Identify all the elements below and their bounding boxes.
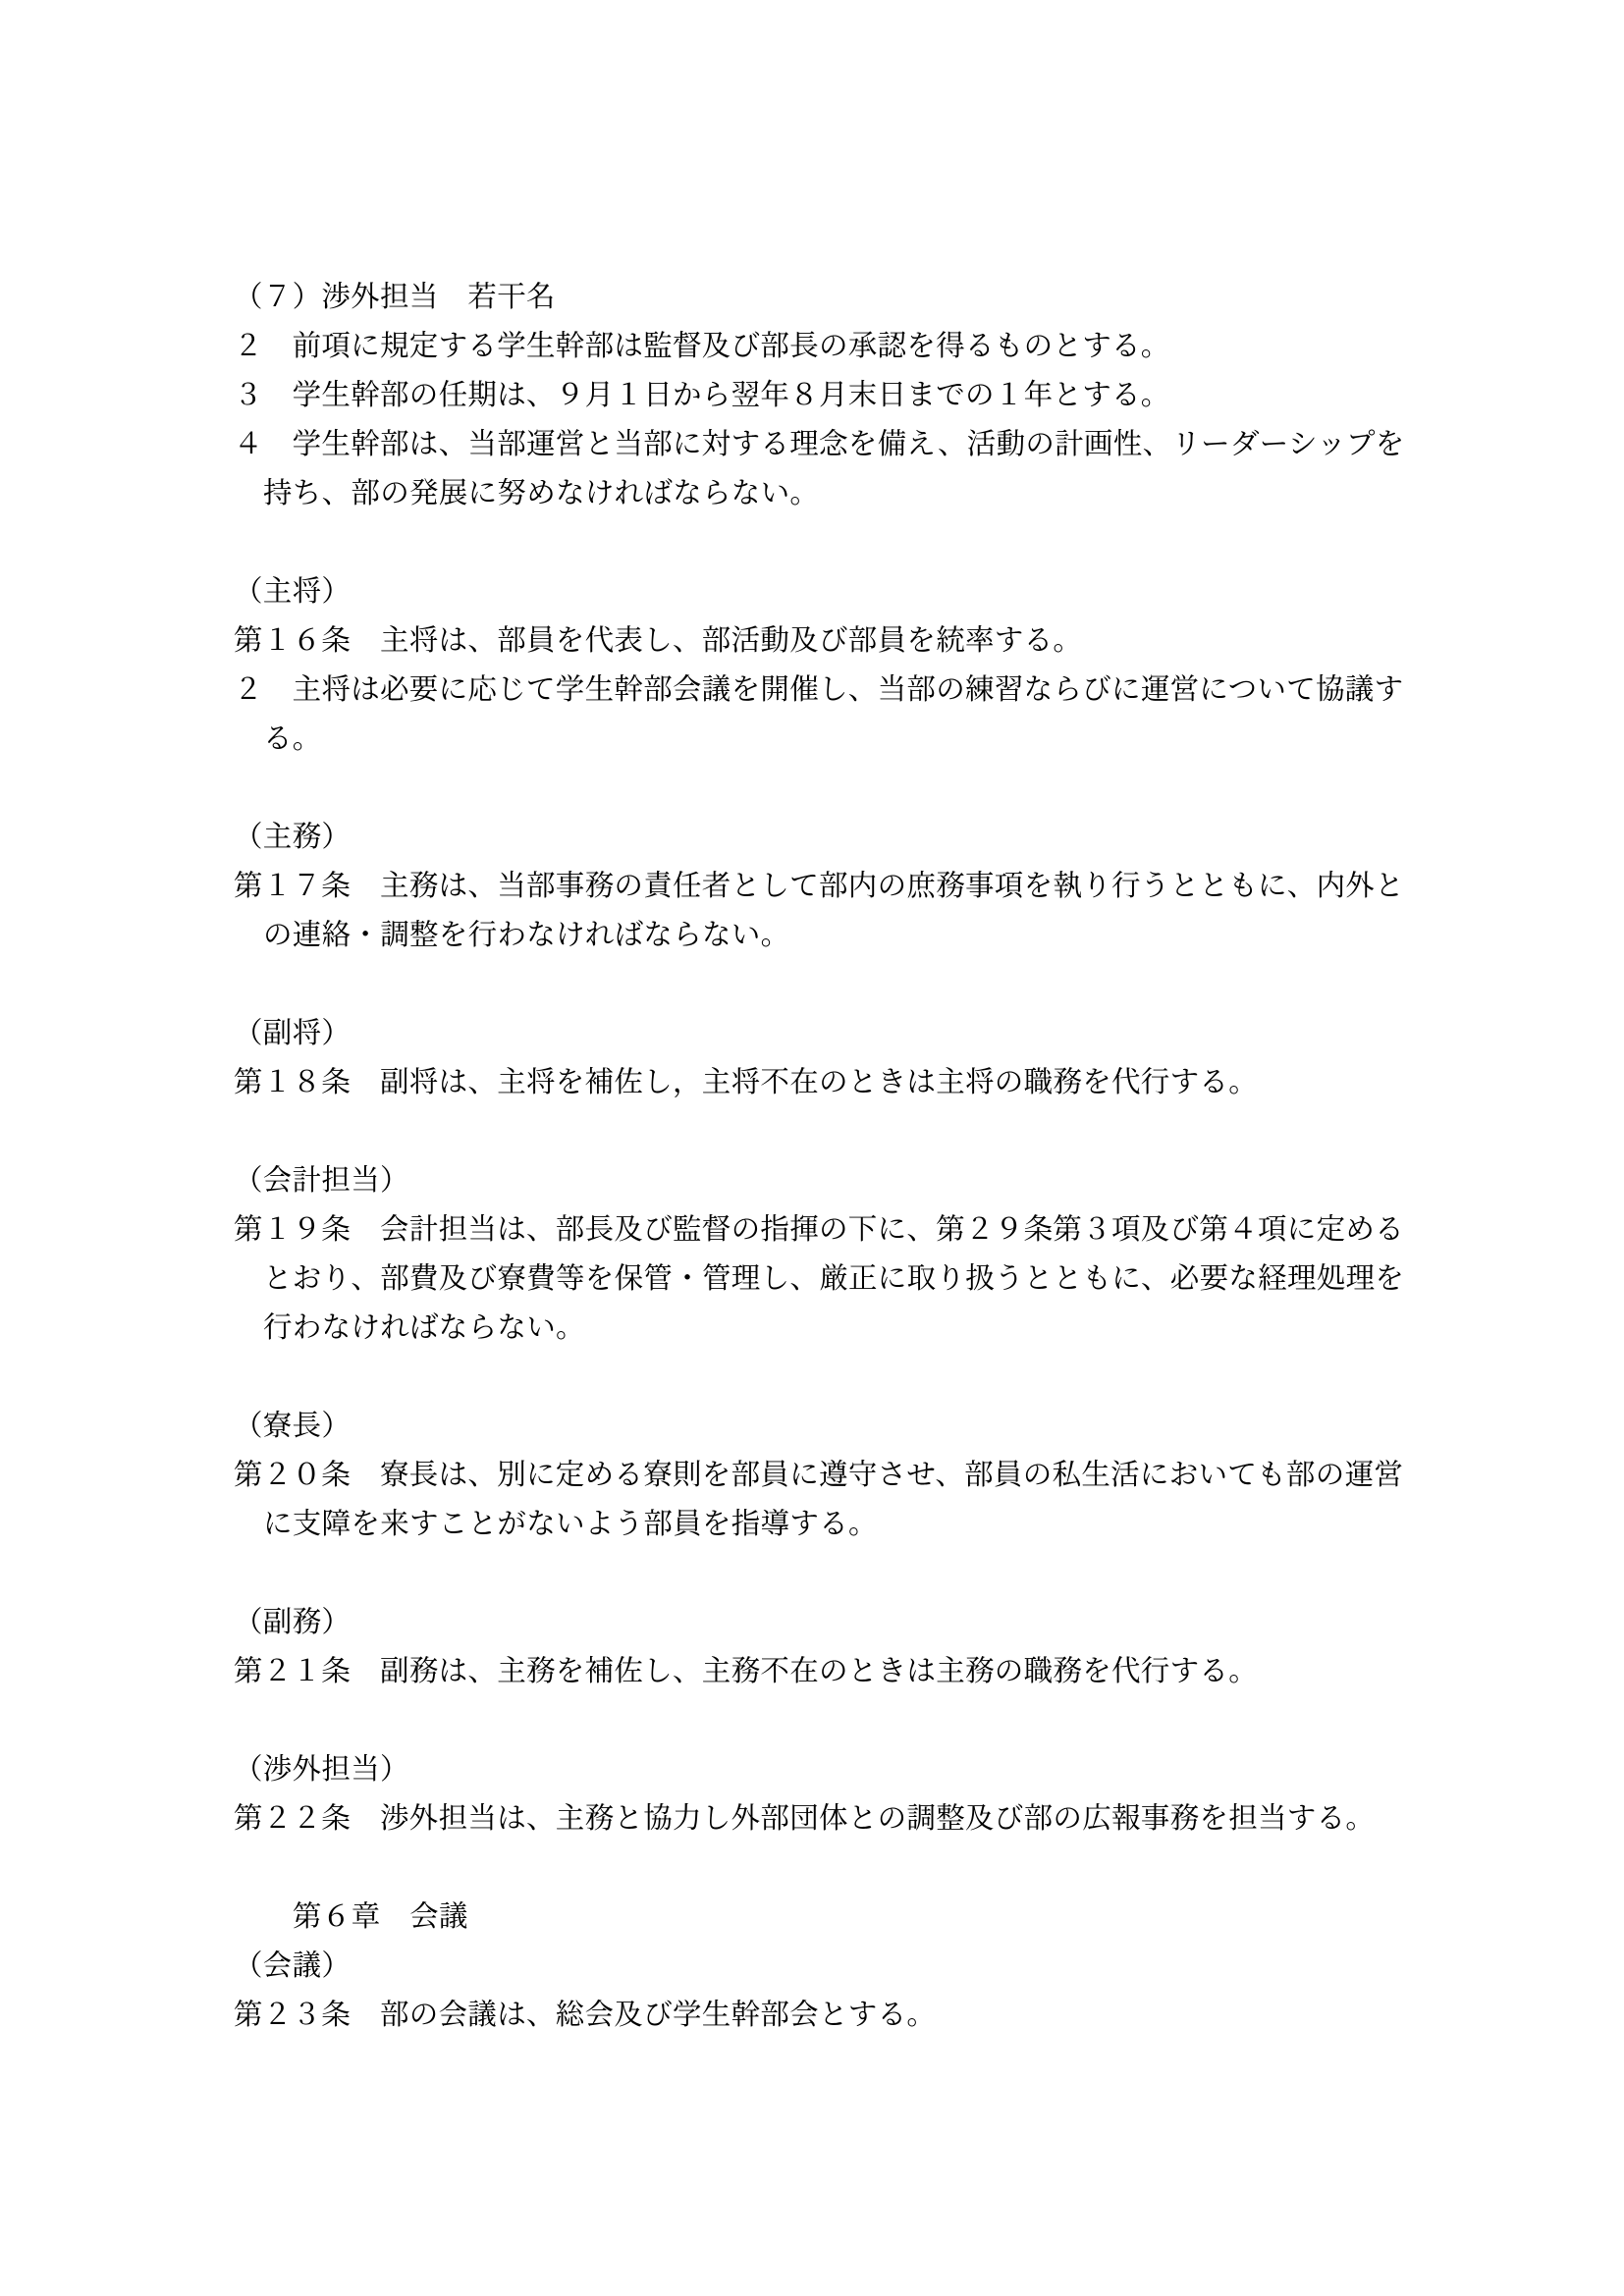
heading-assistant-manager: （副務） <box>234 1598 1432 1647</box>
section-dormitory-head: （寮長）第２０条 寮長は、別に定める寮則を部員に遵守させ、部員の私生活においても… <box>234 1402 1432 1549</box>
article-22: 第２２条 渉外担当は、主務と協力し外部団体との調整及び部の広報事務を担当する。 <box>234 1794 1432 1843</box>
section-chief-manager: （主務）第１７条 主務は、当部事務の責任者として部内の庶務事項を執り行うとともに… <box>234 813 1432 960</box>
section-assistant-manager: （副務）第２１条 副務は、主務を補佐し、主務不在のときは主務の職務を代行する。 <box>234 1598 1432 1696</box>
heading-accounting-officer: （会計担当） <box>234 1156 1432 1205</box>
clause-4: ４ 学生幹部は、当部運営と当部に対する理念を備え、活動の計画性、リーダーシップを <box>234 420 1432 469</box>
section-vice-captain: （副将）第１８条 副将は、主将を補佐し，主将不在のときは主将の職務を代行する。 <box>234 1009 1432 1107</box>
article-20-continuation: に支障を来すことがないよう部員を指導する。 <box>234 1500 1432 1549</box>
heading-external-liaison: （渉外担当） <box>234 1745 1432 1794</box>
section-chapter-6-meetings: 第６章 会議（会議）第２３条 部の会議は、総会及び学生幹部会とする。 <box>234 1893 1432 2040</box>
article-20: 第２０条 寮長は、別に定める寮則を部員に遵守させ、部員の私生活においても部の運営 <box>234 1451 1432 1500</box>
clause-2: ２ 前項に規定する学生幹部は監督及び部長の承認を得るものとする。 <box>234 322 1432 371</box>
article-19-continuation-2: 行わなければならない。 <box>234 1304 1432 1353</box>
chapter-6-heading: 第６章 会議 <box>234 1893 1432 1942</box>
article-19-continuation-1: とおり、部費及び寮費等を保管・管理し、厳正に取り扱うとともに、必要な経理処理を <box>234 1255 1432 1304</box>
heading-captain: （主将） <box>234 567 1432 616</box>
article-16: 第１６条 主将は、部員を代表し、部活動及び部員を統率する。 <box>234 616 1432 666</box>
document-body: （７）渉外担当 若干名２ 前項に規定する学生幹部は監督及び部長の承認を得るものと… <box>234 273 1432 2040</box>
article-17: 第１７条 主務は、当部事務の責任者として部内の庶務事項を執り行うとともに、内外と <box>234 862 1432 911</box>
article-23: 第２３条 部の会議は、総会及び学生幹部会とする。 <box>234 1991 1432 2040</box>
clause-3: ３ 学生幹部の任期は、９月１日から翌年８月末日までの１年とする。 <box>234 371 1432 420</box>
item-7-liaison-officer: （７）渉外担当 若干名 <box>234 273 1432 322</box>
article-17-continuation: の連絡・調整を行わなければならない。 <box>234 911 1432 960</box>
article-16-clause-2-continuation: る。 <box>234 715 1432 764</box>
article-18: 第１８条 副将は、主将を補佐し，主将不在のときは主将の職務を代行する。 <box>234 1058 1432 1107</box>
heading-vice-captain: （副将） <box>234 1009 1432 1058</box>
section-captain: （主将）第１６条 主将は、部員を代表し、部活動及び部員を統率する。２ 主将は必要… <box>234 567 1432 764</box>
heading-dormitory-head: （寮長） <box>234 1402 1432 1451</box>
article-19: 第１９条 会計担当は、部長及び監督の指揮の下に、第２９条第３項及び第４項に定める <box>234 1205 1432 1255</box>
section-student-officer-clauses: （７）渉外担当 若干名２ 前項に規定する学生幹部は監督及び部長の承認を得るものと… <box>234 273 1432 518</box>
document-screenshot: { "page": { "width_px": 1654, "height_px… <box>0 0 1624 2296</box>
article-16-clause-2: ２ 主将は必要に応じて学生幹部会議を開催し、当部の練習ならびに運営について協議す <box>234 666 1432 715</box>
section-accounting-officer: （会計担当）第１９条 会計担当は、部長及び監督の指揮の下に、第２９条第３項及び第… <box>234 1156 1432 1353</box>
heading-chief-manager: （主務） <box>234 813 1432 862</box>
article-21: 第２１条 副務は、主務を補佐し、主務不在のときは主務の職務を代行する。 <box>234 1647 1432 1696</box>
section-external-liaison: （渉外担当）第２２条 渉外担当は、主務と協力し外部団体との調整及び部の広報事務を… <box>234 1745 1432 1843</box>
clause-4-continuation: 持ち、部の発展に努めなければならない。 <box>234 469 1432 518</box>
document-page: （７）渉外担当 若干名２ 前項に規定する学生幹部は監督及び部長の承認を得るものと… <box>0 0 1624 2296</box>
heading-meetings: （会議） <box>234 1942 1432 1991</box>
